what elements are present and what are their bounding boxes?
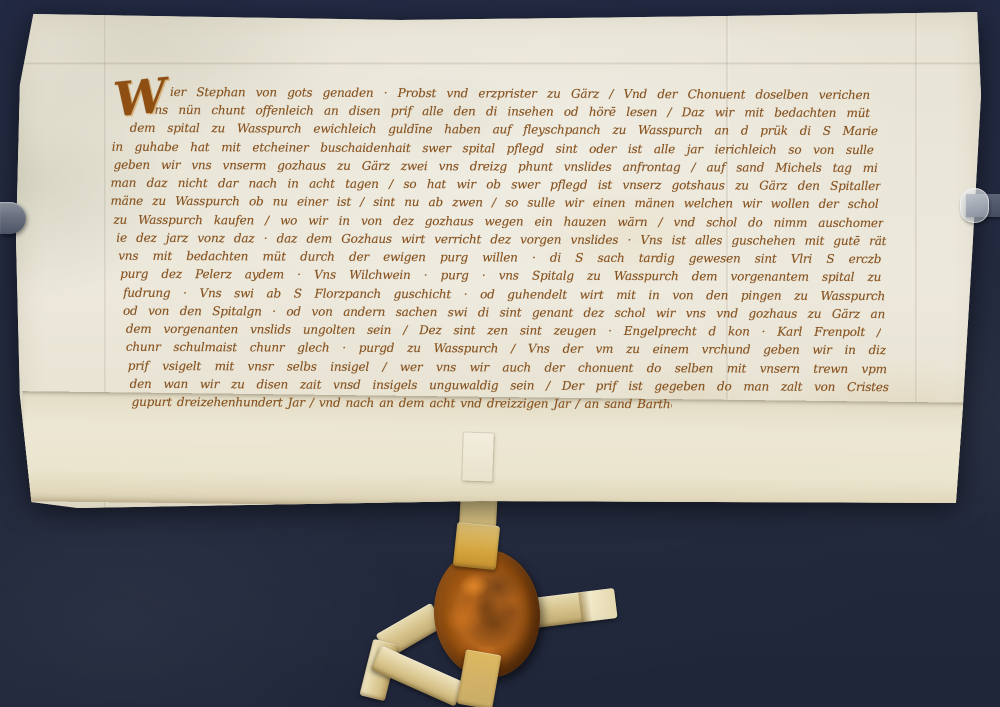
illuminated-initial: W bbox=[111, 68, 169, 128]
parchment-tag-end-fold bbox=[578, 588, 617, 622]
parchment-tag-over-seal bbox=[453, 522, 500, 570]
charter-text-line: gupurt dreizehenhundert Jar / vnd nach a… bbox=[132, 393, 672, 414]
parchment-charter: W ier Stephan von gots genaden · Probst … bbox=[16, 10, 982, 510]
mount-clip-right bbox=[960, 188, 989, 223]
photo-stage: W ier Stephan von gots genaden · Probst … bbox=[0, 0, 1000, 707]
fold-crease-horizontal bbox=[16, 62, 982, 65]
parchment-tag-right bbox=[531, 588, 617, 628]
tag-slit-patch bbox=[462, 432, 494, 481]
charter-text: W ier Stephan von gots genaden · Probst … bbox=[15, 82, 982, 414]
